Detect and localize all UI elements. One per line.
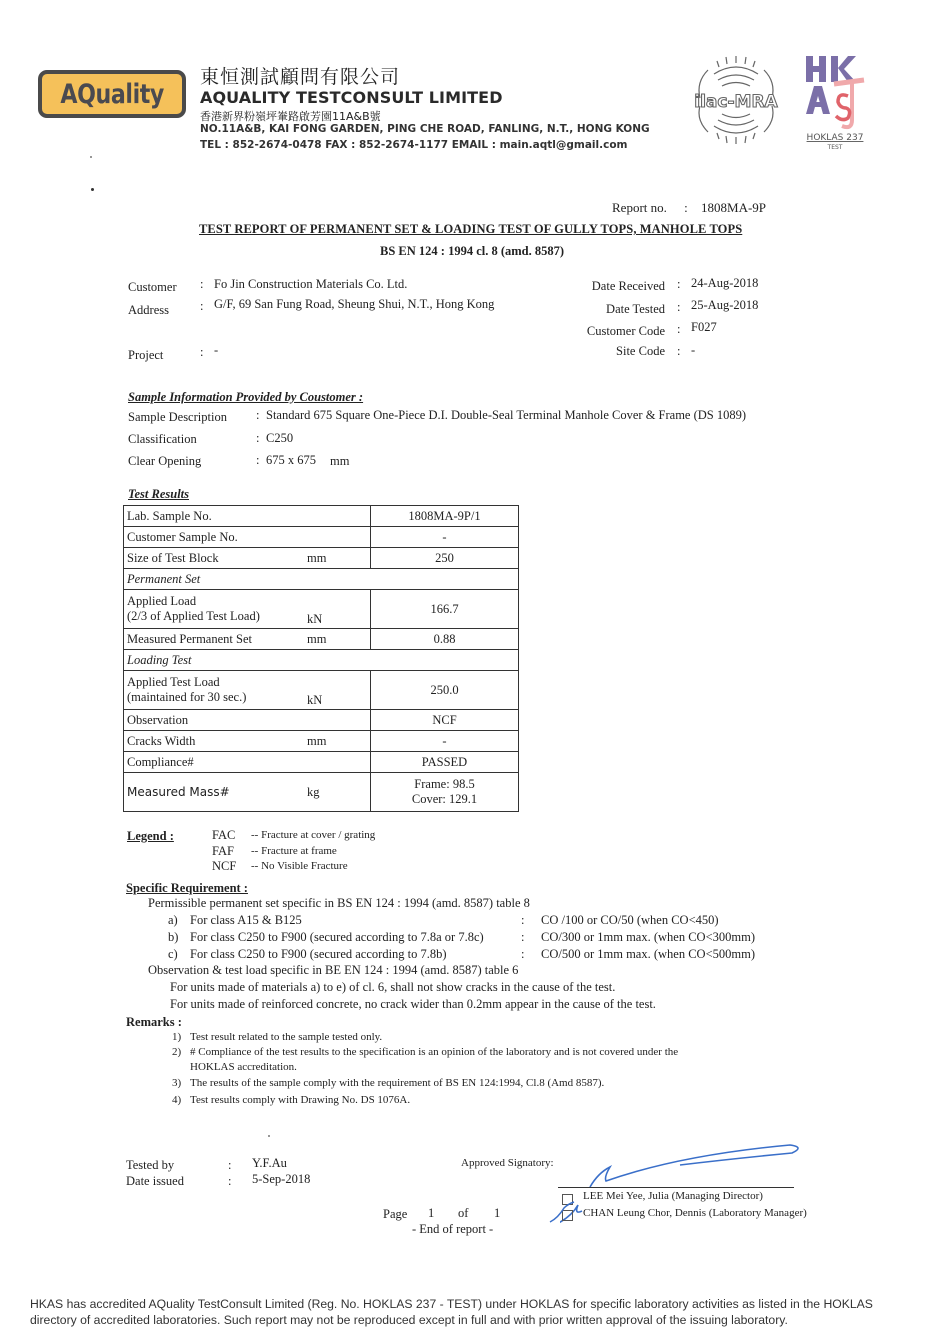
remark-text: # Compliance of the test results to the … (190, 1046, 678, 1058)
company-name-cn: 東恒測試顧問有限公司 (200, 62, 400, 89)
date-issued-value: 5-Sep-2018 (252, 1172, 310, 1187)
company-contact: TEL : 852-2674-0478 FAX : 852-2674-1177 … (200, 139, 627, 151)
site-code-label: Site Code (535, 344, 665, 359)
customer-code-value: F027 (691, 320, 717, 335)
table-section-row: Loading Test (124, 650, 519, 671)
permanent-set-intro: Permissible permanent set specific in BS… (148, 896, 530, 911)
req-text: For class C250 to F900 (secured accordin… (190, 947, 447, 962)
customer-code-label: Customer Code (535, 324, 665, 339)
legend-desc: -- No Visible Fracture (251, 860, 348, 872)
clear-opening-value: 675 x 675 (266, 453, 316, 468)
row-label: Applied Load (127, 594, 367, 609)
legend-desc: -- Fracture at cover / grating (251, 829, 375, 841)
hkas-sub-text: TEST (827, 144, 843, 151)
legend-code: NCF (212, 859, 236, 874)
scan-mark (268, 1135, 270, 1137)
project-label: Project (128, 348, 163, 363)
specific-requirement-heading: Specific Requirement : (126, 881, 248, 896)
req-key: b) (168, 930, 178, 945)
project-value: - (214, 343, 218, 358)
site-code-value: - (691, 343, 695, 358)
address-value: G/F, 69 San Fung Road, Sheung Shui, N.T.… (214, 297, 494, 312)
table-section-row: Permanent Set (124, 569, 519, 590)
company-address-en: NO.11A&B, KAI FONG GARDEN, PING CHE ROAD… (200, 123, 650, 135)
report-title: TEST REPORT OF PERMANENT SET & LOADING T… (199, 222, 742, 237)
row-value: PASSED (371, 752, 519, 773)
row-value: - (371, 731, 519, 752)
remark-key: 2) (172, 1046, 181, 1058)
legend-heading: Legend : (127, 829, 174, 844)
row-label-2: (2/3 of Applied Test Load) (127, 609, 367, 624)
row-value: 0.88 (371, 629, 519, 650)
table-row: Cracks Widthmm - (124, 731, 519, 752)
row-label: Cracks Width (127, 734, 195, 748)
signatory-name: LEE Mei Yee, Julia (Managing Director) (583, 1190, 763, 1202)
req-text: For class A15 & B125 (190, 913, 302, 928)
accreditation-footer: HKAS has accredited AQuality TestConsult… (30, 1296, 920, 1328)
classification-label: Classification (128, 432, 197, 447)
row-label: Observation (127, 713, 188, 727)
scan-mark (91, 188, 94, 191)
row-unit: kN (307, 693, 322, 708)
report-standard: BS EN 124 : 1994 cl. 8 (amd. 8587) (380, 244, 564, 259)
test-results-heading: Test Results (128, 487, 189, 502)
signature-icon (560, 1135, 810, 1235)
remark-text: The results of the sample comply with th… (190, 1077, 604, 1089)
row-label: Compliance# (127, 755, 194, 769)
table-row: Measured Permanent Setmm 0.88 (124, 629, 519, 650)
row-value: 250.0 (371, 671, 519, 710)
table-row: Applied Test Load (maintained for 30 sec… (124, 671, 519, 710)
remark-key: 4) (172, 1094, 181, 1106)
req-limit: CO /100 or CO/50 (when CO<450) (541, 913, 719, 928)
req-limit: CO/500 or 1mm max. (when CO<500mm) (541, 947, 755, 962)
table-row: Compliance# PASSED (124, 752, 519, 773)
logo-text: AQuality (60, 79, 164, 110)
sample-description-value: Standard 675 Square One-Piece D.I. Doubl… (266, 408, 746, 423)
remarks-heading: Remarks : (126, 1015, 182, 1030)
checkmark-icon (548, 1200, 578, 1224)
address-label: Address (128, 303, 169, 318)
date-received-value: 24-Aug-2018 (691, 276, 758, 291)
date-received-label: Date Received (535, 279, 665, 294)
row-value: - (371, 527, 519, 548)
legend-code: FAC (212, 828, 235, 843)
tested-by-value: Y.F.Au (252, 1156, 287, 1171)
row-label: Applied Test Load (127, 675, 367, 690)
page-total: 1 (494, 1206, 500, 1221)
row-label: Size of Test Block (127, 551, 219, 565)
hkas-reg-text: HOKLAS 237 (807, 133, 864, 143)
section-permanent-set: Permanent Set (124, 569, 519, 590)
footer-line-1: HKAS has accredited AQuality TestConsult… (30, 1296, 920, 1312)
table-row: Measured Mass#kg Frame: 98.5 Cover: 129.… (124, 773, 519, 812)
company-address-cn: 香港新界粉嶺坪輋路啟芳園11A&B號 (200, 108, 381, 124)
row-unit: kg (307, 785, 320, 800)
table-row: Applied Load (2/3 of Applied Test Load) … (124, 590, 519, 629)
classification-value: C250 (266, 431, 293, 446)
row-value: 166.7 (371, 590, 519, 629)
row-label: Customer Sample No. (127, 530, 238, 544)
req-limit: CO/300 or 1mm max. (when CO<300mm) (541, 930, 755, 945)
aquality-logo: AQuality (38, 70, 186, 118)
customer-value: Fo Jin Construction Materials Co. Ltd. (214, 277, 407, 292)
section-loading-test: Loading Test (124, 650, 519, 671)
row-value: Frame: 98.5 (374, 777, 515, 792)
remark-text-2: HOKLAS accreditation. (190, 1061, 297, 1073)
test-results-table: Lab. Sample No. 1808MA-9P/1 Customer Sam… (123, 505, 519, 812)
clear-opening-label: Clear Opening (128, 454, 201, 469)
table-row: Size of Test Blockmm 250 (124, 548, 519, 569)
legend-desc: -- Fracture at frame (251, 845, 337, 857)
report-number-label: Report no. (612, 200, 667, 215)
end-of-report: - End of report - (412, 1222, 493, 1237)
date-tested-value: 25-Aug-2018 (691, 298, 758, 313)
date-tested-label: Date Tested (535, 302, 665, 317)
date-issued-label: Date issued (126, 1174, 184, 1189)
page-of: of (458, 1206, 468, 1221)
req-key: c) (168, 947, 178, 962)
company-name-en: AQUALITY TESTCONSULT LIMITED (200, 88, 503, 107)
report-number-row: Report no. : 1808MA-9P (612, 200, 766, 216)
ilac-text: ilac-MRA (694, 92, 778, 112)
row-unit: mm (307, 551, 326, 566)
observation-line: For units made of materials a) to e) of … (170, 980, 615, 995)
tested-by-label: Tested by (126, 1158, 174, 1173)
row-value: 1808MA-9P/1 (371, 506, 519, 527)
sample-info-heading: Sample Information Provided by Coustomer… (128, 390, 363, 405)
observation-line: For units made of reinforced concrete, n… (170, 997, 656, 1012)
observation-intro: Observation & test load specific in BE E… (148, 963, 518, 978)
row-value: NCF (371, 710, 519, 731)
remark-text: Test result related to the sample tested… (190, 1031, 382, 1043)
table-row: Lab. Sample No. 1808MA-9P/1 (124, 506, 519, 527)
row-unit: mm (307, 734, 326, 749)
page-label: Page (383, 1207, 407, 1222)
clear-opening-unit: mm (330, 454, 349, 469)
row-value-2: Cover: 129.1 (374, 792, 515, 807)
ilac-mra-logo: ilac-MRA (688, 52, 784, 148)
row-label: Measured Mass# (127, 785, 230, 799)
signature-line (558, 1187, 794, 1188)
table-row: Customer Sample No. - (124, 527, 519, 548)
sample-description-label: Sample Description (128, 410, 227, 425)
legend-code: FAF (212, 844, 234, 859)
scan-mark (90, 156, 92, 158)
row-label: Lab. Sample No. (127, 509, 212, 523)
remark-text: Test results comply with Drawing No. DS … (190, 1094, 410, 1106)
req-key: a) (168, 913, 178, 928)
report-number: 1808MA-9P (701, 200, 766, 215)
footer-line-2: directory of accredited laboratories. Su… (30, 1312, 920, 1328)
signatory-name: CHAN Leung Chor, Dennis (Laboratory Mana… (583, 1207, 807, 1219)
row-label: Measured Permanent Set (127, 632, 252, 646)
req-text: For class C250 to F900 (secured accordin… (190, 930, 484, 945)
approved-signatory-label: Approved Signatory: (461, 1157, 554, 1169)
row-unit: kN (307, 612, 322, 627)
page-current: 1 (428, 1206, 434, 1221)
remark-key: 3) (172, 1077, 181, 1089)
row-unit: mm (307, 632, 326, 647)
customer-label: Customer (128, 280, 177, 295)
hkas-logo: HOKLAS 237 TEST (800, 52, 870, 152)
row-label-2: (maintained for 30 sec.) (127, 690, 367, 705)
row-value: 250 (371, 548, 519, 569)
remark-key: 1) (172, 1031, 181, 1043)
table-row: Observation NCF (124, 710, 519, 731)
